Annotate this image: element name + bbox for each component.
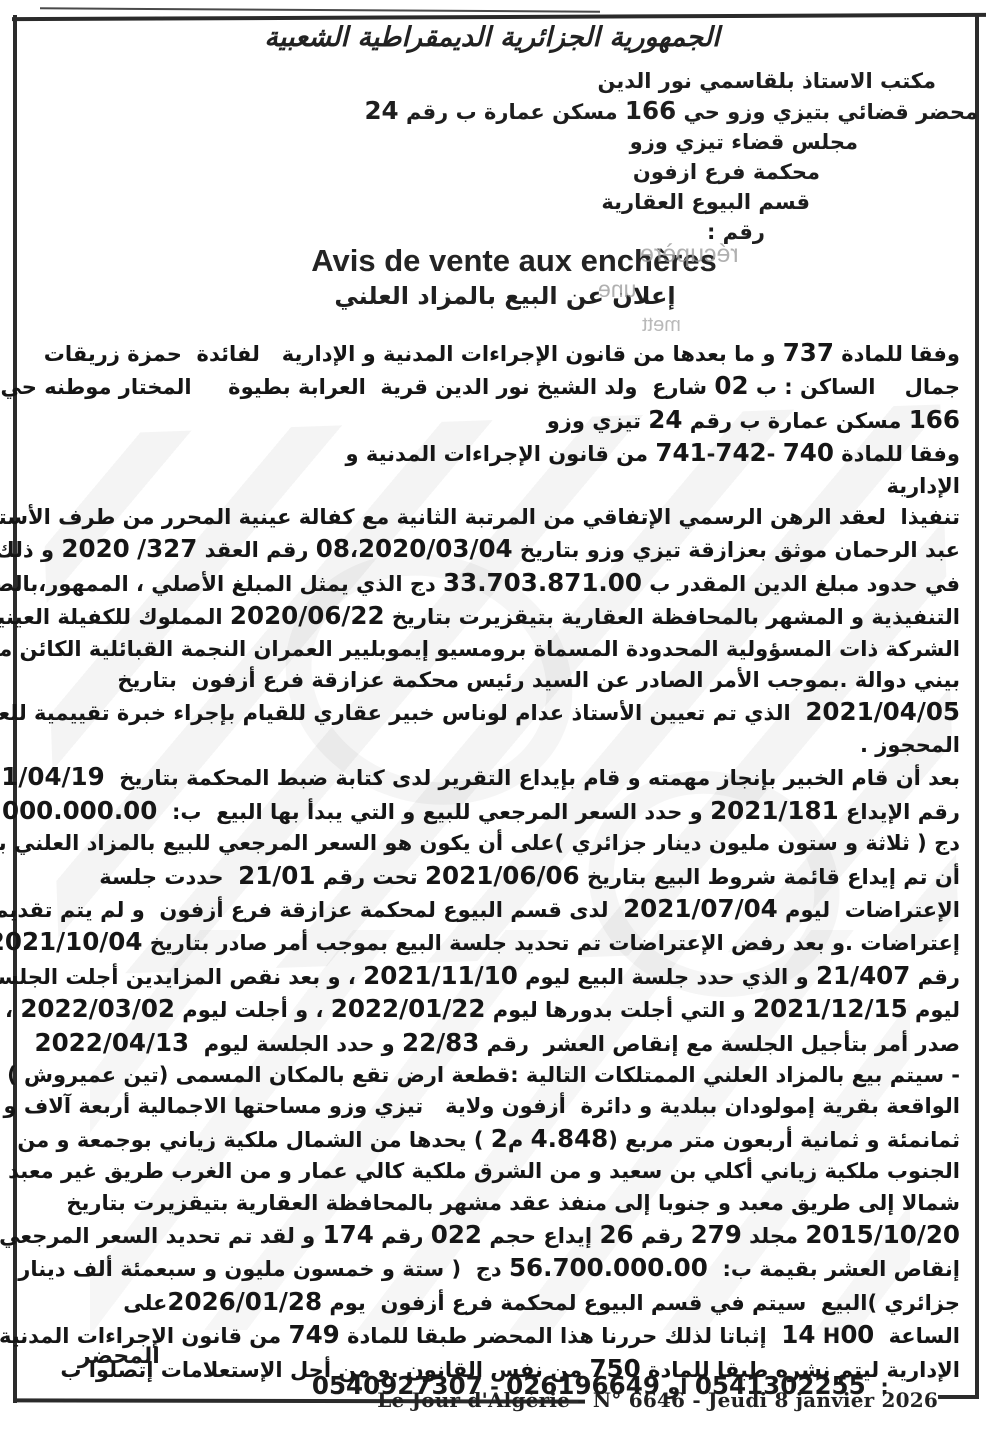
body-line: إعتراضات .و بعد رفض الإعتراضات تم تحديد … — [28, 926, 960, 959]
body-line: دج ( ثلاثة و ستون مليون دينار جزائري )عل… — [28, 828, 960, 859]
body-line: ثمانمئة و ثمانية أربعون متر مربع (4.848 … — [28, 1123, 960, 1156]
frame-top-ghost-line — [40, 7, 600, 12]
body-line: في حدود مبلغ الدين المقدر ب 33.703.871.0… — [28, 567, 960, 600]
bleed-through-text: récupère — [640, 240, 739, 269]
body-line: التنفيذية و المشهر بالمحافظة العقارية بت… — [28, 600, 960, 633]
notice-title-arabic: إعلان عن البيع بالمزاد العلني — [0, 282, 1000, 310]
office-line: مكتب الاستاذ بلقاسمي نور الدين — [364, 66, 978, 96]
body-line: صدر أمر بتأجيل الجلسة مع إنقاص العشر رقم… — [28, 1027, 960, 1060]
office-line: محضر قضائي بتيزي وزو حي 166 مسكن عمارة ب… — [364, 96, 978, 127]
notice-body: وفقا للمادة 737 و ما بعدها من قانون الإج… — [28, 337, 960, 1386]
body-line: وفقا للمادة 737 و ما بعدها من قانون الإج… — [28, 337, 960, 370]
body-line: أن تم إيداع قائمة شروط البيع بتاريخ 2021… — [28, 860, 960, 893]
office-line: قسم البيوع العقارية — [364, 187, 978, 217]
body-line: جزائري )البيع سيتم في قسم البيوع لمحكمة … — [28, 1286, 960, 1319]
bailiff-office-block: مكتب الاستاذ بلقاسمي نور الدينمحضر قضائي… — [364, 66, 978, 247]
body-line: - سيتم بيع بالمزاد العلني الممتلكات التا… — [28, 1060, 960, 1091]
republic-title: الجمهورية الجزائرية الديمقراطية الشعبية — [0, 22, 984, 53]
office-line: مجلس قضاء تيزي وزو — [364, 127, 978, 157]
body-line: 2015/10/20 مجلد 279 رقم 26 إيداع حجم 022… — [28, 1219, 960, 1252]
body-line: المحجوز . — [28, 730, 960, 761]
body-line: الواقعة بقرية إمولودان ببلدية و دائرة أز… — [28, 1091, 960, 1122]
notice-title-french: Avis de vente aux enchères — [14, 243, 1000, 279]
body-line: إنقاص العشر بقيمة ب: 56.700.000.00 دج ( … — [28, 1252, 960, 1285]
body-line: وفقا للمادة 740 -742-741 من قانون الإجرا… — [28, 437, 960, 470]
body-line: عبد الرحمان موثق بعزازقة تيزي وزو بتاريخ… — [28, 533, 960, 566]
body-line: الإعتراضات ليوم 2021/07/04 لدى قسم البيو… — [28, 893, 960, 926]
frame-top-border — [12, 13, 986, 21]
body-line: 166 مسكن عمارة ب رقم 24 تيزي وزو — [28, 404, 960, 437]
body-line: ليوم 2021/12/15 و التي أجلت بدورها ليوم … — [28, 993, 960, 1026]
body-line: بيني دوالة .بموجب الأمر الصادر عن السيد … — [28, 665, 960, 696]
body-line: بعد أن قام الخبير بإنجاز مهمته و قام بإي… — [28, 761, 960, 794]
bailiff-signature-label: المحضر — [78, 1344, 160, 1369]
body-line: تنفيذا لعقد الرهن الرسمي الإتفاقي من الم… — [28, 502, 960, 533]
body-line: شمالا إلى طريق معبد و جنوبا إلى منفذ عقد… — [28, 1188, 960, 1219]
body-line: رقم الإيداع 2021/181 و حدد السعر المرجعي… — [28, 795, 960, 828]
scanned-auction-notice-page: الجمهورية الجزائرية الديمقراطية الشعبية … — [0, 0, 1000, 1443]
body-line: جمال الساكن : ب 02 شارع ولد الشيخ نور ال… — [28, 370, 960, 403]
newspaper-footer: Le Jour d'Algérie - N° 6646 - Jeudi 8 ja… — [0, 1388, 938, 1412]
bleed-through-text: une — [598, 276, 636, 303]
body-line: الإدارية — [28, 471, 960, 502]
office-line: محكمة فرع ازفون — [364, 157, 978, 187]
body-line: 2021/04/05 الذي تم تعيين الأستاذ عدام لو… — [28, 696, 960, 729]
bleed-through-text: mett — [642, 314, 681, 337]
body-line: رقم 21/407 و الذي حدد جلسة البيع ليوم 20… — [28, 960, 960, 993]
body-line: الشركة ذات المسؤولية المحدودة المسماة بر… — [28, 634, 960, 665]
body-line: الجنوب ملكية زياني أكلي بن سعيد و من الش… — [28, 1156, 960, 1187]
contact-row: : 0541302255 أو 026196649 - 0540927307 — [28, 1338, 960, 1435]
